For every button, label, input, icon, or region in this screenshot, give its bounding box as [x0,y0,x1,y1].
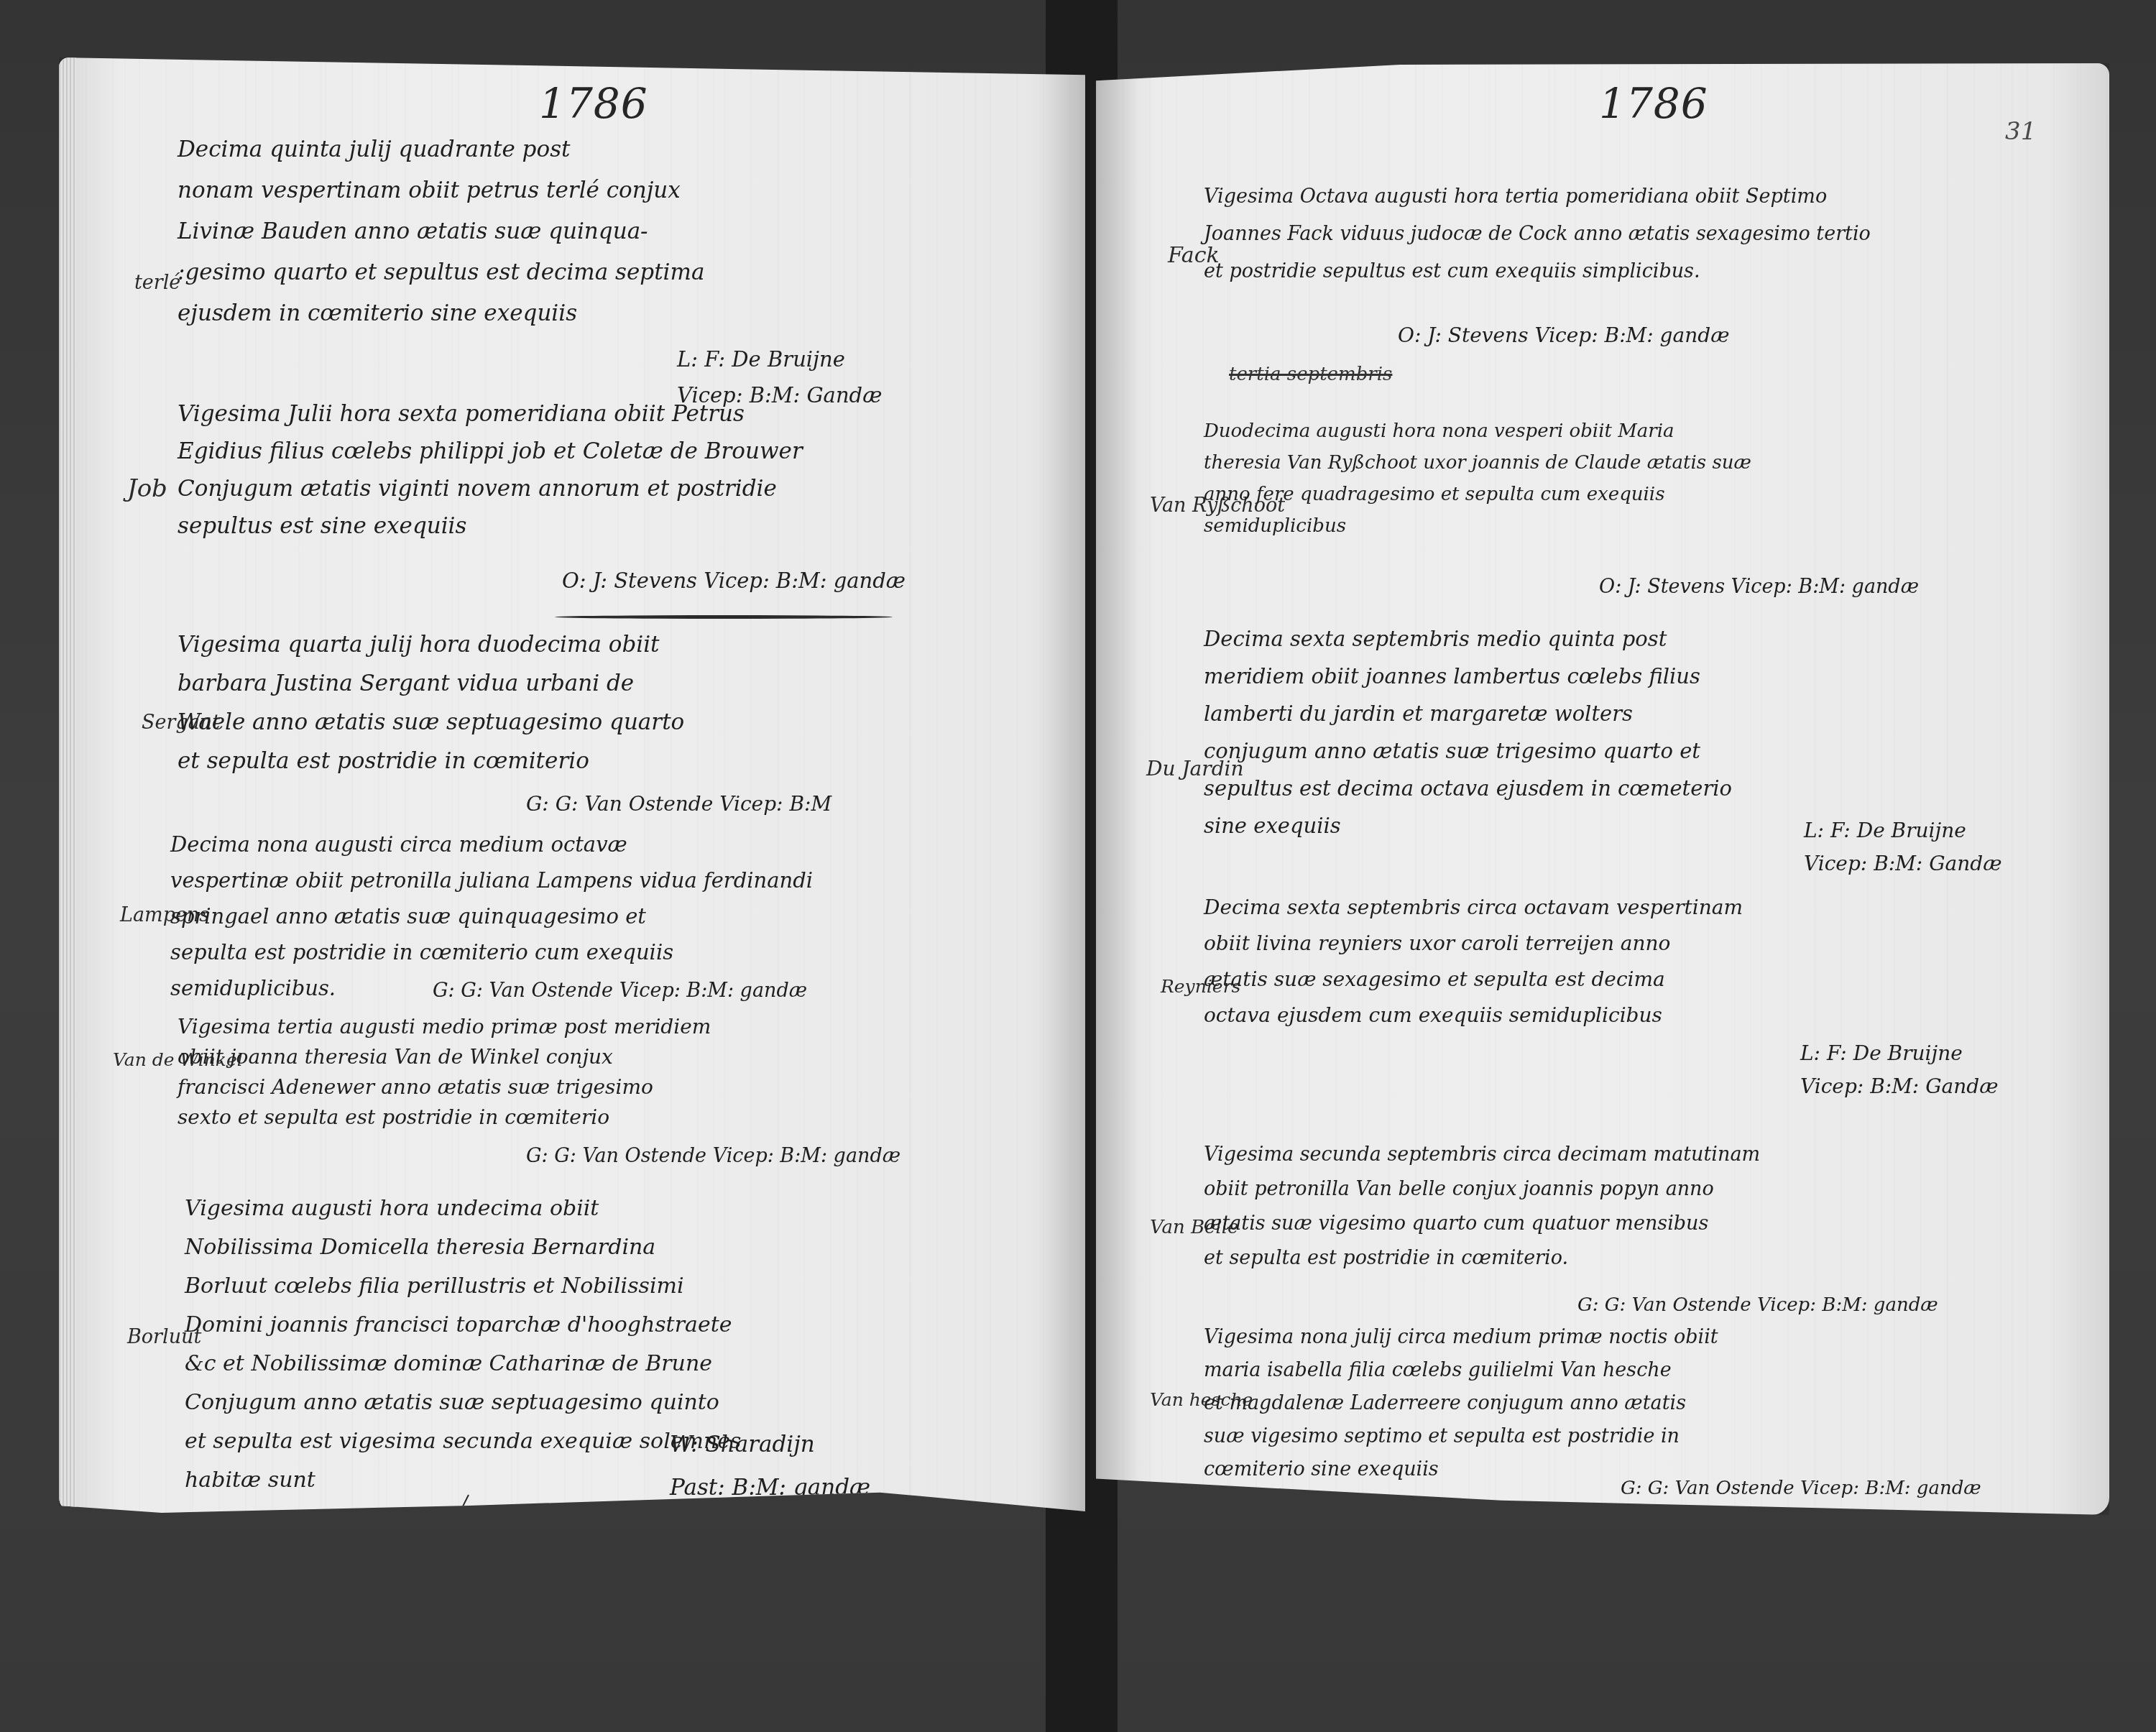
signature-line: L: F: De Bruijne [1800,1037,1999,1070]
register-entry: Vigesima nona julij circa medium primæ n… [1204,1321,1718,1486]
register-entry: Decima sexta septembris circa octavam ve… [1204,890,1743,1033]
entry-line: Decima sexta septembris circa octavam ve… [1204,890,1743,926]
priest-signature: O: J: Stevens Vicep: B:M: gandæ [1398,315,1730,356]
entry-line: Decima quinta julij quadrante post [178,129,704,170]
entry-line: ejusdem in cœmiterio sine exequiis [178,293,704,334]
register-entry: Vigesima augusti hora undecima obiit Nob… [185,1189,741,1500]
entry-line: theresia Van Ryßchoot uxor joannis de Cl… [1204,447,1751,479]
priest-signature: L: F: De Bruijne Vicep: B:M: Gandæ [1800,1037,1999,1103]
signature-line: G: G: Van Ostende Vicep: B:M: gandæ [526,1136,900,1176]
signature-line: O: J: Stevens Vicep: B:M: gandæ [562,561,906,602]
entry-line: Livinæ Bauden anno ætatis suæ quinqua- [178,211,704,252]
register-entry: Duodecima augusti hora nona vesperi obii… [1204,415,1751,542]
entry-line: et sepulta est vigesima secunda exequiæ … [185,1422,741,1461]
entry-line: Decima nona augusti circa medium octavæ [170,826,813,862]
register-entry: Decima quinta julij quadrante post nonam… [178,129,704,334]
entry-line: Conjugum anno ætatis suæ septuagesimo qu… [185,1383,741,1422]
entry-line: semiduplicibus [1204,510,1751,542]
priest-signature: G: G: Van Ostende Vicep: B:M [526,783,831,824]
entry-line: Waele anno ætatis suæ septuagesimo quart… [178,703,684,742]
signature-line: Vicep: B:M: Gandæ [1804,847,2002,880]
priest-signature: L: F: De Bruijne Vicep: B:M: Gandæ [1804,814,2002,880]
entry-line: vespertinæ obiit petronilla juliana Lamp… [170,862,813,898]
entry-line: Joannes Fack viduus judocæ de Cock anno … [1204,216,1871,253]
signature-line: Vicep: B:M: Gandæ [1800,1070,1999,1103]
priest-signature: O: J: Stevens Vicep: B:M: gandæ [1599,566,1919,607]
entry-line: ætatis suæ sexagesimo et sepulta est dec… [1204,962,1743,998]
entry-line: Duodecima augusti hora nona vesperi obii… [1204,415,1751,447]
entry-line: obiit petronilla Van belle conjux joanni… [1204,1172,1760,1207]
entry-line: &c et Nobilissimæ dominæ Catharinæ de Br… [185,1345,741,1383]
signature-line: G: G: Van Ostende Vicep: B:M: gandæ [433,970,807,1011]
entry-line: Decima sexta septembris medio quinta pos… [1204,620,1732,658]
signature-line: O: J: Stevens Vicep: B:M: gandæ [1398,315,1730,356]
entry-line: Borluut cœlebs filia perillustris et Nob… [185,1267,741,1306]
entry-line: Vigesima nona julij circa medium primæ n… [1204,1321,1718,1354]
margin-name-job: Job [127,474,167,503]
gutter-shadow [1096,63,1139,1515]
entry-line: conjugum anno ætatis suæ trigesimo quart… [1204,732,1732,770]
register-entry: Vigesima Octava augusti hora tertia pome… [1204,178,1871,290]
signature-line: G: G: Van Ostende Vicep: B:M [526,783,831,824]
entry-line: Nobilissima Domicella theresia Bernardin… [185,1228,741,1267]
entry-line: sepultus est sine exequiis [178,507,803,545]
entry-line: et postridie sepultus est cum exequiis s… [1204,253,1871,290]
gutter-shadow [1042,57,1085,1513]
entry-line: sepultus est decima octava ejusdem in cœ… [1204,770,1732,807]
entry-line: Vigesima Julii hora sexta pomeridiana ob… [178,395,803,433]
priest-signature: G: G: Van Ostende Vicep: B:M: gandæ [526,1136,900,1176]
page-edge-stack [59,57,76,1513]
priest-signature: G: G: Van Ostende Vicep: B:M: gandæ [1621,1468,1981,1509]
signature-line: O: J: Stevens Vicep: B:M: gandæ [1599,566,1919,607]
entry-line: obiit livina reyniers uxor caroli terrei… [1204,926,1743,962]
entry-line: suæ vigesimo septimo et sepulta est post… [1204,1420,1718,1453]
register-entry: Vigesima tertia augusti medio primæ post… [178,1012,711,1133]
entry-line: Vigesima augusti hora undecima obiit [185,1189,741,1228]
entry-line: Conjugum ætatis viginti novem annorum et… [178,470,803,507]
entry-line: sepulta est postridie in cœmiterio cum e… [170,934,813,970]
entry-line: Vigesima Octava augusti hora tertia pome… [1204,178,1871,216]
entry-line: et sepulta est postridie in cœmiterio [178,742,684,780]
signature-line: G: G: Van Ostende Vicep: B:M: gandæ [1577,1285,1938,1326]
entry-line: Domini joannis francisci toparchæ d'hoog… [185,1306,741,1345]
margin-name-terle: terlé [134,272,180,294]
entry-line: sexto et sepulta est postridie in cœmite… [178,1102,711,1133]
entry-line: francisci Adenewer anno ætatis suæ trige… [178,1072,711,1102]
entry-line: Vigesima secunda septembris circa decima… [1204,1138,1760,1172]
entry-line: Egidius filius cœlebs philippi job et Co… [178,433,803,470]
signature-line: L: F: De Bruijne [1804,814,2002,847]
entry-line: Vigesima tertia augusti medio primæ post… [178,1012,711,1042]
signature-line: G: G: Van Ostende Vicep: B:M: gandæ [1621,1468,1981,1509]
entry-line: anno fere quadragesimo et sepulta cum ex… [1204,479,1751,510]
priest-signature: G: G: Van Ostende Vicep: B:M: gandæ [433,970,807,1011]
entry-line: sine exequiis [1204,807,1732,844]
register-entry: Vigesima quarta julij hora duodecima obi… [178,625,684,780]
register-entry: Vigesima Julii hora sexta pomeridiana ob… [178,395,803,545]
struck-text: tertia septembris [1229,354,1392,395]
entry-line: lamberti du jardin et margaretæ wolters [1204,695,1732,732]
folio-number: 31 [2005,117,2036,146]
signature-flourish [555,615,893,619]
right-page: 1786 31 Fack Vigesima Octava augusti hor… [1096,63,2109,1515]
priest-signature: O: J: Stevens Vicep: B:M: gandæ [562,561,906,602]
register-entry: Vigesima secunda septembris circa decima… [1204,1138,1760,1276]
entry-line: :gesimo quarto et sepultus est decima se… [178,252,704,293]
signature-line: W: Sharadijn [670,1423,870,1466]
register-entry: Decima sexta septembris medio quinta pos… [1204,620,1732,844]
entry-line: octava ejusdem cum exequiis semiduplicib… [1204,998,1743,1033]
entry-line: barbara Justina Sergant vidua urbani de [178,664,684,703]
entry-line: nonam vespertinam obiit petrus terlé con… [178,170,704,211]
entry-line: ætatis suæ vigesimo quarto cum quatuor m… [1204,1207,1760,1241]
entry-line: Vigesima quarta julij hora duodecima obi… [178,625,684,664]
priest-signature: G: G: Van Ostende Vicep: B:M: gandæ [1577,1285,1938,1326]
entry-line: et magdalenæ Laderreere conjugum anno æt… [1204,1387,1718,1420]
entry-line: springael anno ætatis suæ quinquagesimo … [170,898,813,934]
entry-line: maria isabella filia cœlebs guilielmi Va… [1204,1354,1718,1387]
entry-line: et sepulta est postridie in cœmiterio. [1204,1241,1760,1276]
entry-line: obiit joanna theresia Van de Winkel conj… [178,1042,711,1072]
page-year: 1786 [539,79,648,128]
entry-line: meridiem obiit joannes lambertus cœlebs … [1204,658,1732,695]
left-page: 1786 terlé Decima quinta julij quadrante… [59,57,1085,1513]
signature-line: L: F: De Bruijne [677,341,882,377]
page-year: 1786 [1599,79,1708,128]
